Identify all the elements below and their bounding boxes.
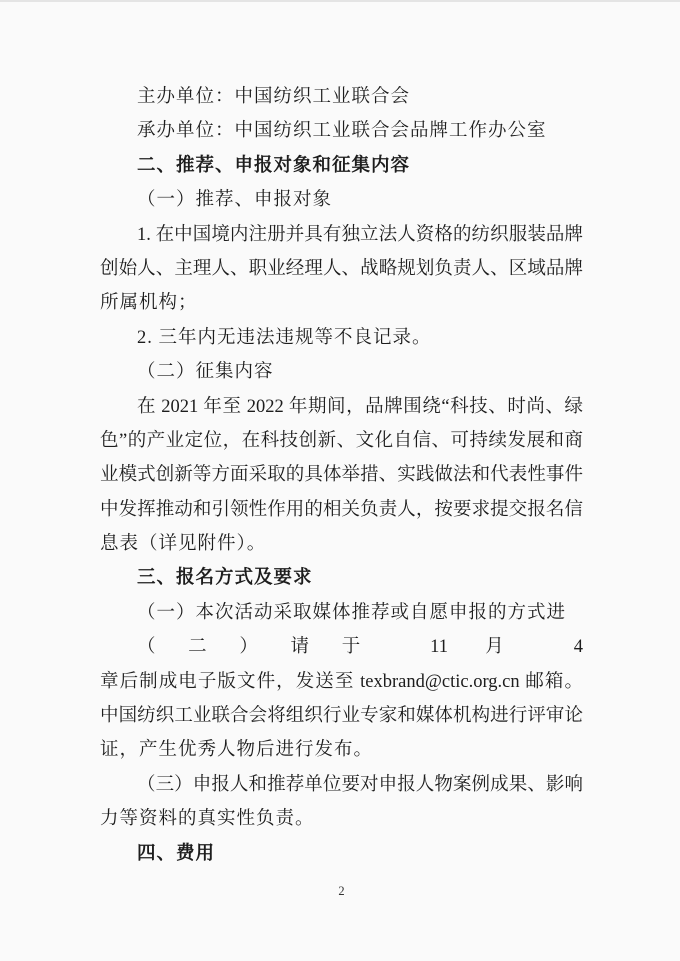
doc-line-co-organizer: 承办单位：中国纺织工业联合会品牌工作办公室 [100, 114, 583, 148]
doc-line: 中发挥推动和引领性作用的相关负责人，按要求提交报名信 [100, 493, 583, 527]
doc-line: 色”的产业定位，在科技创新、文化自信、可持续发展和商 [100, 424, 583, 458]
doc-line-organizer: 主办单位：中国纺织工业联合会 [100, 80, 583, 114]
document-page: 主办单位：中国纺织工业联合会 承办单位：中国纺织工业联合会品牌工作办公室 二、推… [0, 0, 680, 871]
doc-line: 中国纺织工业联合会将组织行业专家和媒体机构进行评审论 [100, 699, 583, 733]
doc-line: 所属机构； [100, 286, 583, 320]
doc-line: （一）本次活动采取媒体推荐或自愿申报的方式进行。 [100, 596, 583, 630]
doc-line: 在 2021 年至 2022 年期间，品牌围绕“科技、时尚、绿 [100, 390, 583, 424]
doc-heading-section-3: 三、报名方式及要求 [100, 561, 583, 595]
doc-line: 2. 三年内无违法违规等不良记录。 [100, 321, 583, 355]
doc-line: 创始人、主理人、职业经理人、战略规划负责人、区域品牌 [100, 252, 583, 286]
doc-heading-section-4: 四、费用 [100, 837, 583, 871]
doc-line: （二）请于 11 月 4 日前将报名信息表与相关证明材料盖 [100, 630, 583, 664]
doc-heading-section-2: 二、推荐、申报对象和征集内容 [100, 149, 583, 183]
doc-subheading-2-2: （二）征集内容 [100, 355, 583, 389]
doc-line: （三）申报人和推荐单位要对申报人物案例成果、影响 [100, 768, 583, 802]
doc-line-email: 章后制成电子版文件，发送至 texbrand@ctic.org.cn 邮箱。 [100, 665, 583, 699]
page-number: 2 [100, 884, 583, 899]
doc-line: 力等资料的真实性负责。 [100, 802, 583, 836]
doc-line: 1. 在中国境内注册并具有独立法人资格的纺织服装品牌 [100, 218, 583, 252]
doc-line: 业模式创新等方面采取的具体举措、实践做法和代表性事件 [100, 458, 583, 492]
doc-line: 息表（详见附件）。 [100, 527, 583, 561]
doc-subheading-2-1: （一）推荐、申报对象 [100, 183, 583, 217]
page-top-edge [0, 0, 680, 2]
doc-line: 证，产生优秀人物后进行发布。 [100, 733, 583, 767]
